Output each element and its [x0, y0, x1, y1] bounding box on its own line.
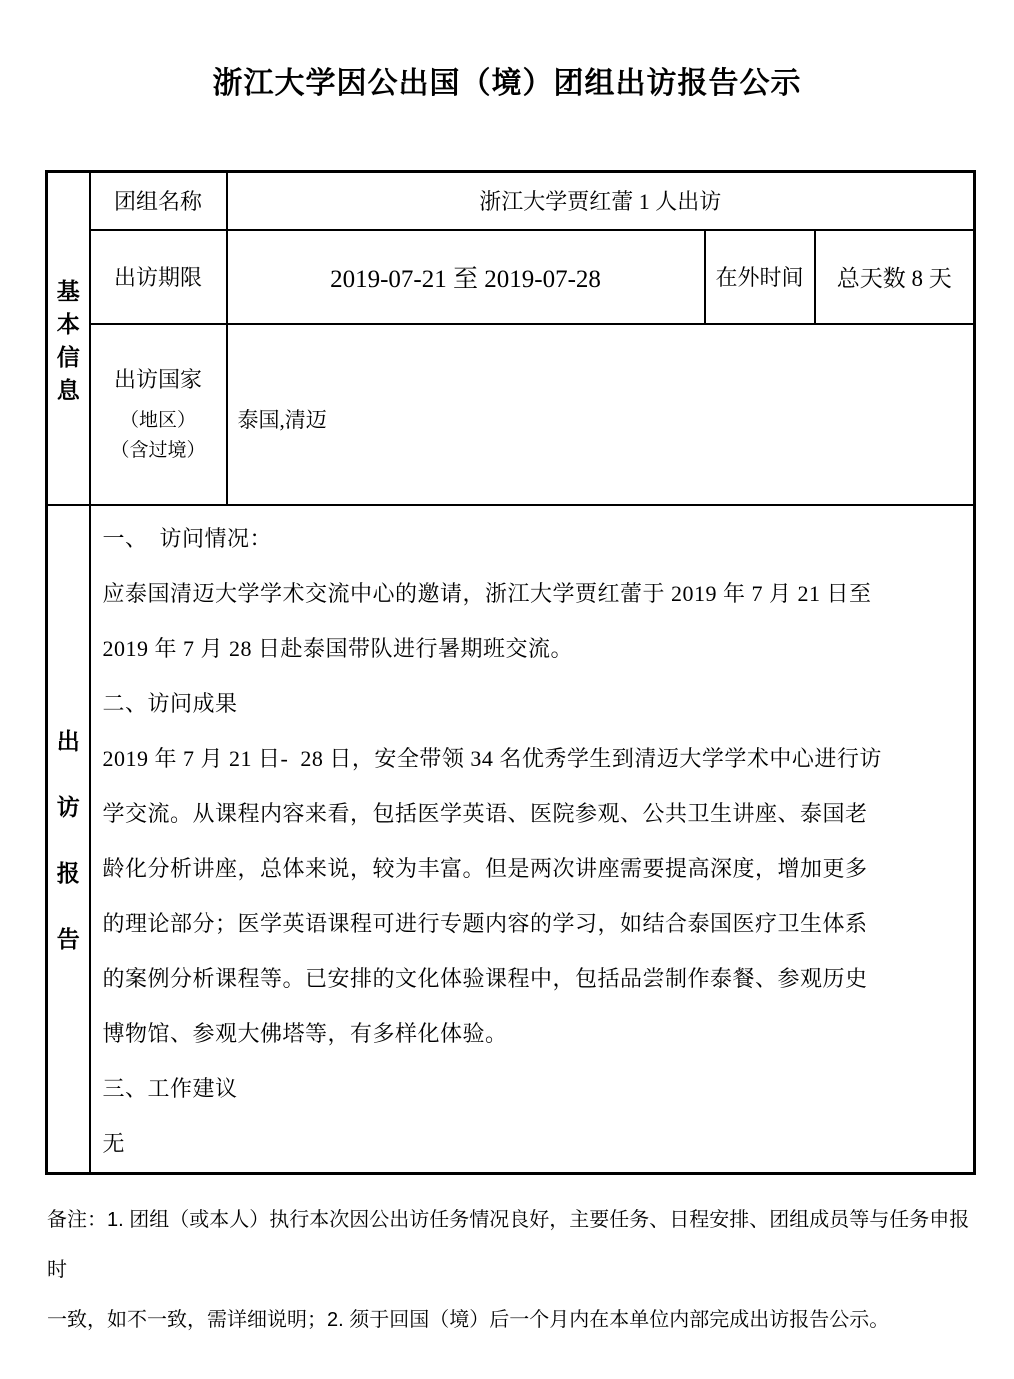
row-visit-period: 出访期限 2019-07-21 至 2019-07-28 在外时间 总天数 8 … — [47, 230, 975, 324]
page-title: 浙江大学因公出国（境）团组出访报告公示 — [0, 58, 1014, 102]
report-line: 的案例分析课程等。已安排的文化体验课程中，包括品尝制作泰餐、参观历史 — [103, 951, 964, 1006]
vchar: 基 — [57, 273, 80, 306]
vchar: 息 — [57, 372, 80, 405]
visit-period-label: 出访期限 — [90, 230, 227, 324]
footnote: 备注：1. 团组（或本人）执行本次因公出访任务情况良好，主要任务、日程安排、团组… — [47, 1195, 972, 1345]
report-line: 博物馆、参观大佛塔等，有多样化体验。 — [103, 1006, 964, 1061]
report-line: 无 — [103, 1116, 964, 1171]
footnote-line: 备注：1. 团组（或本人）执行本次因公出访任务情况良好，主要任务、日程安排、团组… — [47, 1195, 972, 1295]
report-line: 一、 访问情况： — [103, 511, 964, 566]
vchar: 出 — [57, 723, 80, 756]
group-name-value: 浙江大学贾红蕾 1 人出访 — [227, 172, 975, 230]
visit-report-vertical-text: 出 访 报 告 — [48, 723, 89, 954]
visit-report-content: 一、 访问情况： 应泰国清迈大学学术交流中心的邀请，浙江大学贾红蕾于 2019 … — [90, 505, 975, 1174]
countries-value: 泰国,清迈 — [227, 324, 975, 505]
row-visit-report: 出 访 报 告 一、 访问情况： 应泰国清迈大学学术交流中心的邀请，浙江大学贾红… — [47, 505, 975, 1174]
report-line: 2019 年 7 月 28 日赴泰国带队进行暑期班交流。 — [103, 621, 964, 676]
report-table: 基 本 信 息 团组名称 浙江大学贾红蕾 1 人出访 出访期限 2019-07-… — [45, 170, 976, 1175]
vchar: 访 — [57, 789, 80, 822]
report-line: 2019 年 7 月 21 日- 28 日，安全带领 34 名优秀学生到清迈大学… — [103, 731, 964, 786]
row-group-name: 基 本 信 息 团组名称 浙江大学贾红蕾 1 人出访 — [47, 172, 975, 230]
report-line: 的理论部分；医学英语课程可进行专题内容的学习，如结合泰国医疗卫生体系 — [103, 896, 964, 951]
vchar: 本 — [57, 306, 80, 339]
countries-label: 出访国家 （地区） （含过境） — [90, 324, 227, 505]
countries-label-line3: （含过境） — [91, 436, 226, 466]
report-line: 二、访问成果 — [103, 676, 964, 731]
vchar: 报 — [57, 855, 80, 888]
section-header-basic-info: 基 本 信 息 — [47, 172, 90, 505]
vchar: 信 — [57, 339, 80, 372]
group-name-label: 团组名称 — [90, 172, 227, 230]
report-line: 龄化分析讲座，总体来说，较为丰富。但是两次讲座需要提高深度，增加更多 — [103, 841, 964, 896]
report-line: 应泰国清迈大学学术交流中心的邀请，浙江大学贾红蕾于 2019 年 7 月 21 … — [103, 566, 964, 621]
visit-period-value: 2019-07-21 至 2019-07-28 — [227, 230, 705, 324]
footnote-line: 一致，如不一致，需详细说明；2. 须于回国（境）后一个月内在本单位内部完成出访报… — [47, 1295, 972, 1345]
row-countries: 出访国家 （地区） （含过境） 泰国,清迈 — [47, 324, 975, 505]
report-line: 学交流。从课程内容来看，包括医学英语、医院参观、公共卫生讲座、泰国老 — [103, 786, 964, 841]
countries-label-line1: 出访国家 — [91, 363, 226, 394]
section-header-visit-report: 出 访 报 告 — [47, 505, 90, 1174]
basic-info-vertical-text: 基 本 信 息 — [48, 251, 89, 425]
countries-label-line2: （地区） — [91, 406, 226, 436]
report-line: 三、工作建议 — [103, 1061, 964, 1116]
vchar: 告 — [57, 921, 80, 954]
total-days-value: 总天数 8 天 — [815, 230, 975, 324]
time-abroad-label: 在外时间 — [705, 230, 815, 324]
